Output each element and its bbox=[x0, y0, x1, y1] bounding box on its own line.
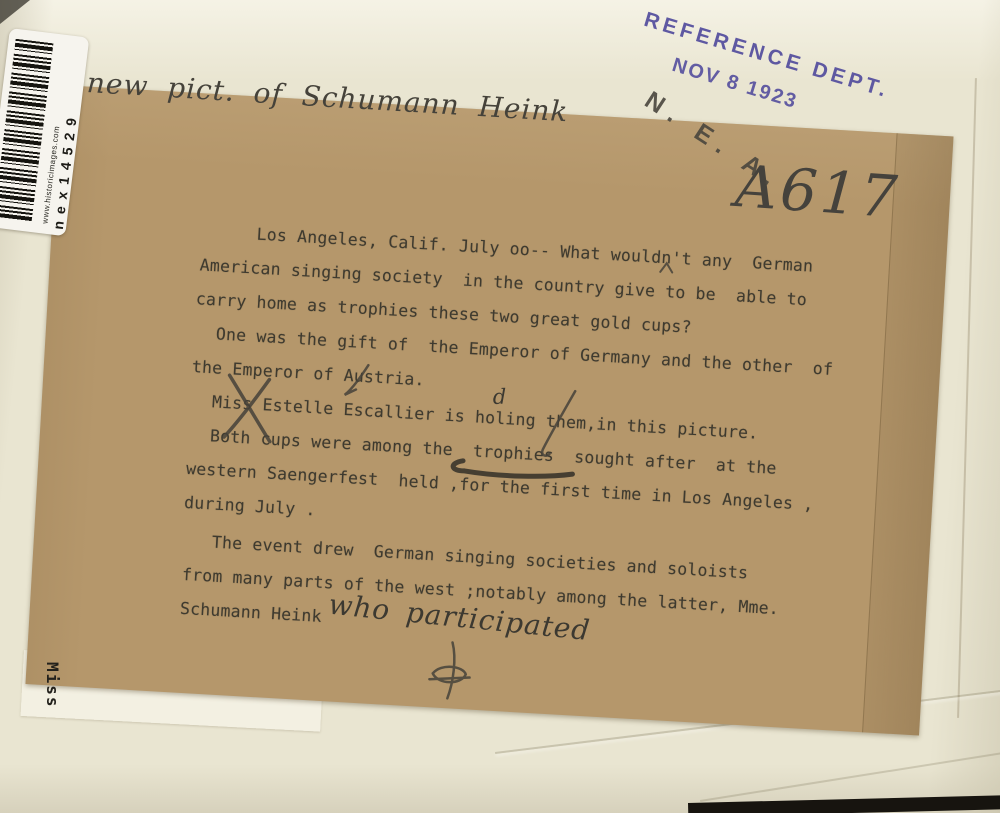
paper-edge-line bbox=[957, 78, 977, 718]
typed-line: Schumann Heink bbox=[179, 599, 322, 627]
margin-label-miss: Miss bbox=[43, 662, 62, 709]
end-of-story-mark bbox=[432, 666, 466, 683]
typed-line: during July . bbox=[184, 493, 317, 521]
paper-crease bbox=[700, 748, 1000, 802]
scan-edge-shadow bbox=[688, 795, 1000, 813]
end-of-story-mark bbox=[429, 675, 469, 681]
end-of-story-mark bbox=[447, 642, 455, 698]
photo-verso-scan: Los Angeles, Calif. July oo-- What would… bbox=[0, 0, 1000, 813]
typed-line: the Emperor of Austria. bbox=[191, 357, 425, 390]
scan-corner-shadow bbox=[0, 0, 30, 24]
handwritten-inserted-d: d bbox=[493, 385, 507, 409]
